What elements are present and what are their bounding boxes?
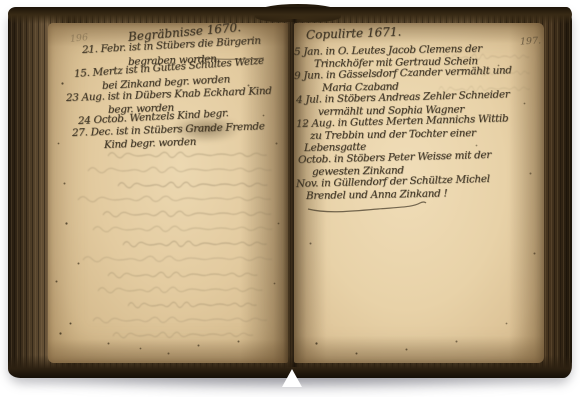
book-photo-scene: 196 Begräbnisse 1670. 21. Febr. ist in S… [0, 0, 580, 397]
bleed-through-handwriting [294, 23, 544, 363]
open-register-book: 196 Begräbnisse 1670. 21. Febr. ist in S… [8, 7, 572, 378]
left-page: 196 Begräbnisse 1670. 21. Febr. ist in S… [48, 23, 288, 363]
right-page: 197. Copulirte 1671. 5 Jan. in O. Leutes… [294, 23, 544, 363]
bleed-through-handwriting [48, 23, 288, 363]
bottom-gutter-notch [282, 369, 302, 387]
